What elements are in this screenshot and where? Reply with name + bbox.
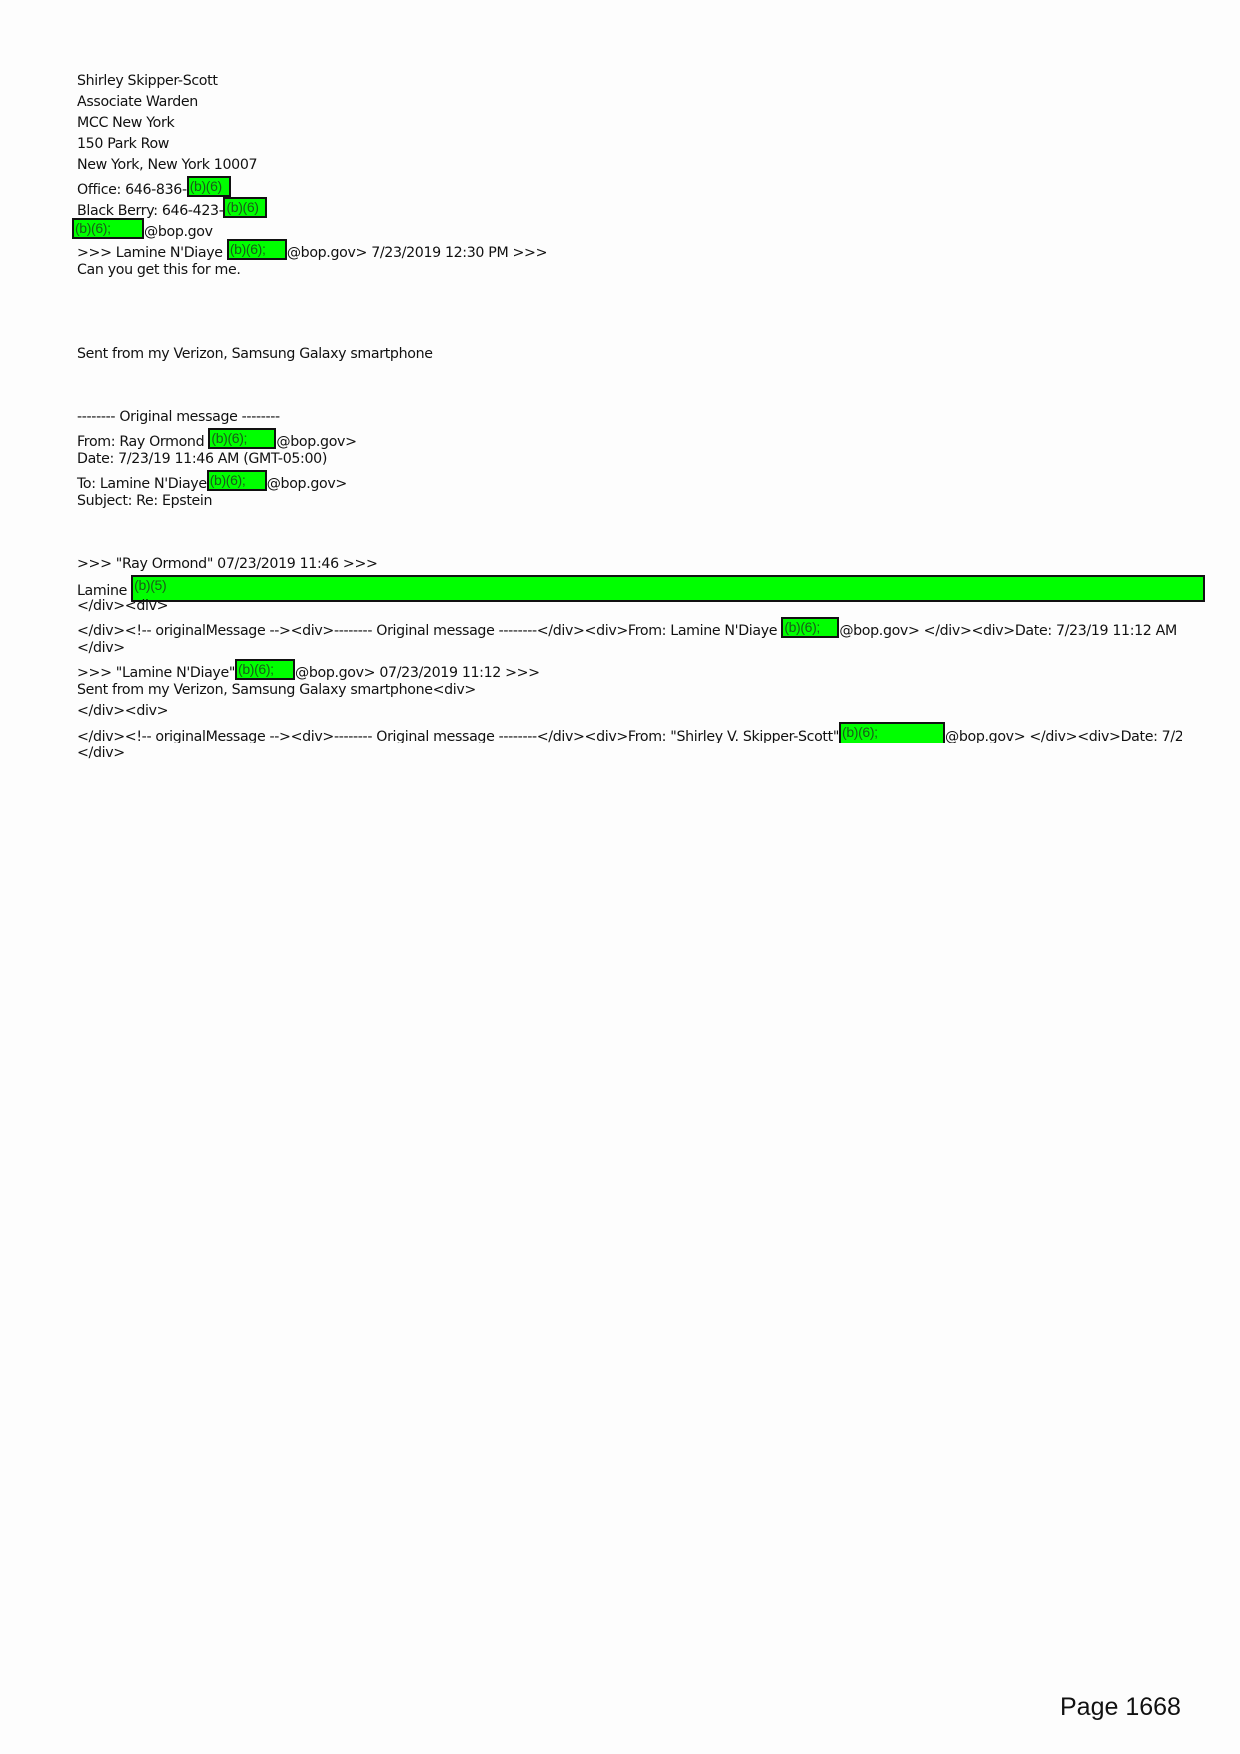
page-number: Page 1668 [1060,1693,1181,1722]
fragment-suffix: @bop.gov> </div><div>Date: 7/23/19 11:12… [839,623,1177,638]
original-from: From: Ray Ormond (b)(6);@bop.gov> [77,428,1197,449]
signature-title: Associate Warden [77,92,1197,113]
fragment-suffix: @bop.gov> </div><div>Date: 7/23 [945,729,1182,743]
redaction-box: (b)(6); [235,659,295,680]
fragment-prefix: </div><!-- originalMessage --><div>-----… [77,729,839,743]
redaction-box: (b)(6) [187,176,231,197]
signature-email: (b)(6);@bop.gov [72,218,1197,239]
reply-body: Can you get this for me. [77,260,1197,281]
original-date: Date: 7/23/19 11:46 AM (GMT-05:00) [77,449,1197,470]
reply-header-suffix: @bop.gov> 7/23/2019 12:30 PM >>> [287,245,547,261]
from-label: From: Ray Ormond [77,434,208,450]
html-fragment: </div><div> [77,701,1197,722]
from-domain: @bop.gov> [276,434,356,450]
redaction-box: (b)(6); [207,470,267,491]
lamine-header: >>> "Lamine N'Diaye"(b)(6);@bop.gov> 07/… [77,659,1197,680]
signature-city: New York, New York 10007 [77,155,1197,176]
to-label: To: Lamine N'Diaye [77,476,207,492]
redaction-box: (b)(6); [227,239,287,260]
redaction-box: (b)(6) [223,197,267,218]
signature-street: 150 Park Row [77,134,1197,155]
original-message-fragment-1: </div><!-- originalMessage --><div>-----… [77,617,1182,638]
fragment-prefix: </div><!-- originalMessage --><div>-----… [77,623,781,638]
original-to: To: Lamine N'Diaye(b)(6);@bop.gov> [77,470,1197,491]
signature-office-phone: Office: 646-836-(b)(6) [77,176,1197,197]
office-label: Office: 646-836- [77,182,187,198]
header-suffix: @bop.gov> 07/23/2019 11:12 >>> [295,665,540,681]
html-fragment: </div> [77,638,1197,659]
signature-blackberry-phone: Black Berry: 646-423-(b)(6) [77,197,1197,218]
lamine-message: Lamine (b)(5) [77,575,1197,596]
email-document: Shirley Skipper-Scott Associate Warden M… [77,71,1197,764]
html-fragment: </div> [77,743,1197,764]
email-domain: @bop.gov [144,224,213,240]
original-message-fragment-2: </div><!-- originalMessage --><div>-----… [77,722,1182,743]
html-fragment: </div><div> [77,596,1197,617]
blackberry-label: Black Berry: 646-423- [77,203,223,219]
original-message-divider: -------- Original message -------- [77,407,1197,428]
signature-name: Shirley Skipper-Scott [77,71,1197,92]
original-subject: Subject: Re: Epstein [77,491,1197,512]
signature-facility: MCC New York [77,113,1197,134]
header-prefix: >>> "Lamine N'Diaye" [77,665,235,681]
sent-from-div: Sent from my Verizon, Samsung Galaxy sma… [77,680,1197,701]
to-domain: @bop.gov> [267,476,347,492]
redaction-box: (b)(6); [208,428,276,449]
reply-header-prefix: >>> Lamine N'Diaye [77,245,227,261]
redaction-box: (b)(6); [781,617,839,638]
redaction-box: (b)(6); [72,218,144,239]
ray-ormond-header: >>> "Ray Ormond" 07/23/2019 11:46 >>> [77,554,1197,575]
redaction-box: (b)(6); [839,722,945,743]
reply-header: >>> Lamine N'Diaye (b)(6);@bop.gov> 7/23… [77,239,1197,260]
sent-from-signature: Sent from my Verizon, Samsung Galaxy sma… [77,344,1197,365]
